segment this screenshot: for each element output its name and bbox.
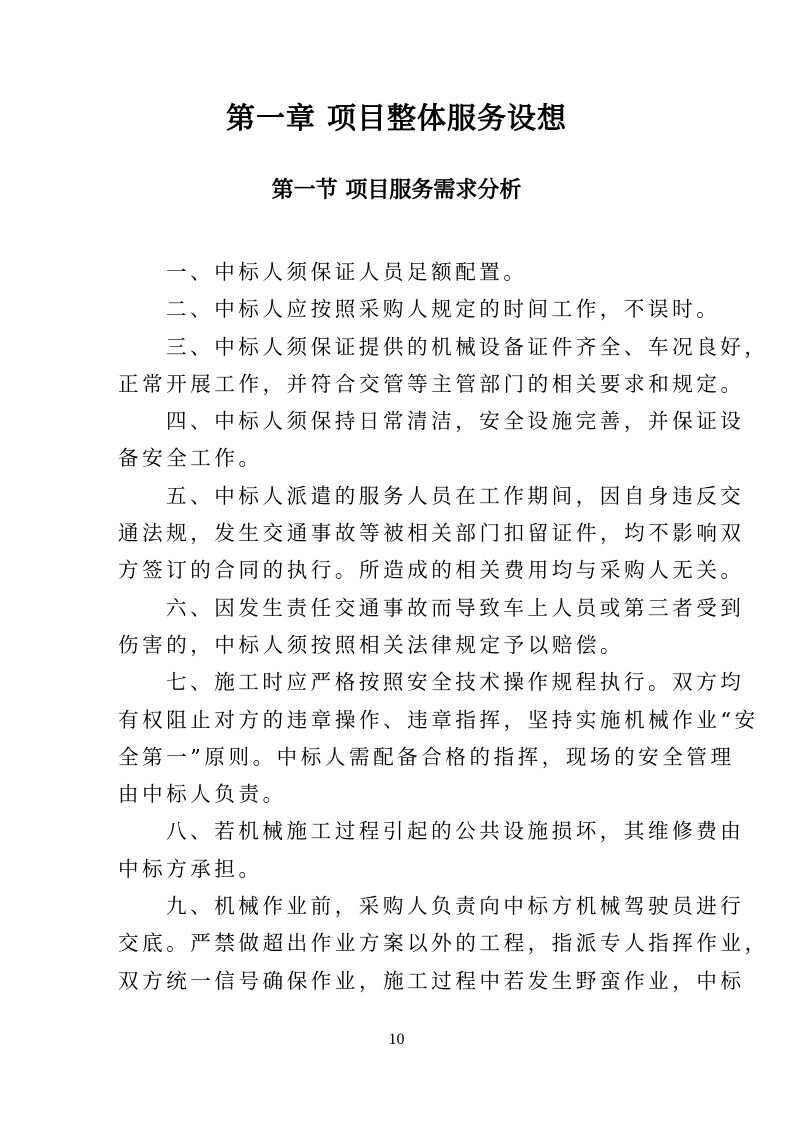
- paragraph-1: 一、中标人须保证人员足额配置。: [118, 254, 678, 291]
- paragraph-line: 六、因发生责任交通事故而导致车上人员或第三者受到: [118, 590, 678, 627]
- paragraph-line: 备安全工作。: [118, 440, 678, 477]
- paragraph-6: 六、因发生责任交通事故而导致车上人员或第三者受到 伤害的，中标人须按照相关法律规…: [118, 590, 678, 665]
- paragraph-line: 一、中标人须保证人员足额配置。: [118, 254, 678, 291]
- paragraph-line: 八、若机械施工过程引起的公共设施损坏，其维修费由: [118, 813, 678, 850]
- paragraph-7: 七、施工时应严格按照安全技术操作规程执行。双方均 有权阻止对方的违章操作、违章指…: [118, 664, 678, 813]
- paragraph-line: 中标方承担。: [118, 851, 678, 888]
- paragraph-line: 有权阻止对方的违章操作、违章指挥，坚持实施机械作业“安: [118, 702, 678, 739]
- paragraph-line: 三、中标人须保证提供的机械设备证件齐全、车况良好，: [118, 329, 678, 366]
- paragraph-4: 四、中标人须保持日常清洁，安全设施完善，并保证设 备安全工作。: [118, 403, 678, 478]
- paragraph-line: 二、中标人应按照采购人规定的时间工作，不误时。: [118, 291, 678, 328]
- paragraph-line: 九、机械作业前，采购人负责向中标方机械驾驶员进行: [118, 888, 678, 925]
- paragraph-3: 三、中标人须保证提供的机械设备证件齐全、车况良好， 正常开展工作，并符合交管等主…: [118, 329, 678, 404]
- paragraph-line: 由中标人负责。: [118, 776, 678, 813]
- paragraph-9: 九、机械作业前，采购人负责向中标方机械驾驶员进行 交底。严禁做超出作业方案以外的…: [118, 888, 678, 1000]
- paragraph-line: 伤害的，中标人须按照相关法律规定予以赔偿。: [118, 627, 678, 664]
- paragraph-8: 八、若机械施工过程引起的公共设施损坏，其维修费由 中标方承担。: [118, 813, 678, 888]
- document-body: 一、中标人须保证人员足额配置。 二、中标人应按照采购人规定的时间工作，不误时。 …: [118, 254, 678, 1000]
- paragraph-line: 交底。严禁做超出作业方案以外的工程，指派专人指挥作业，: [118, 925, 678, 962]
- paragraph-5: 五、中标人派遣的服务人员在工作期间，因自身违反交 通法规，发生交通事故等被相关部…: [118, 478, 678, 590]
- page-number: 10: [0, 1030, 793, 1050]
- document-page: 第一章 项目整体服务设想 第一节 项目服务需求分析 一、中标人须保证人员足额配置…: [0, 0, 793, 1122]
- paragraph-line: 双方统一信号确保作业，施工过程中若发生野蛮作业，中标: [118, 963, 678, 1000]
- paragraph-line: 正常开展工作，并符合交管等主管部门的相关要求和规定。: [118, 366, 678, 403]
- paragraph-line: 七、施工时应严格按照安全技术操作规程执行。双方均: [118, 664, 678, 701]
- section-title: 第一节 项目服务需求分析: [0, 174, 793, 208]
- paragraph-2: 二、中标人应按照采购人规定的时间工作，不误时。: [118, 291, 678, 328]
- paragraph-line: 方签订的合同的执行。所造成的相关费用均与采购人无关。: [118, 552, 678, 589]
- paragraph-line: 全第一”原则。中标人需配备合格的指挥，现场的安全管理: [118, 739, 678, 776]
- chapter-title: 第一章 项目整体服务设想: [0, 98, 793, 138]
- paragraph-line: 五、中标人派遣的服务人员在工作期间，因自身违反交: [118, 478, 678, 515]
- paragraph-line: 四、中标人须保持日常清洁，安全设施完善，并保证设: [118, 403, 678, 440]
- paragraph-line: 通法规，发生交通事故等被相关部门扣留证件，均不影响双: [118, 515, 678, 552]
